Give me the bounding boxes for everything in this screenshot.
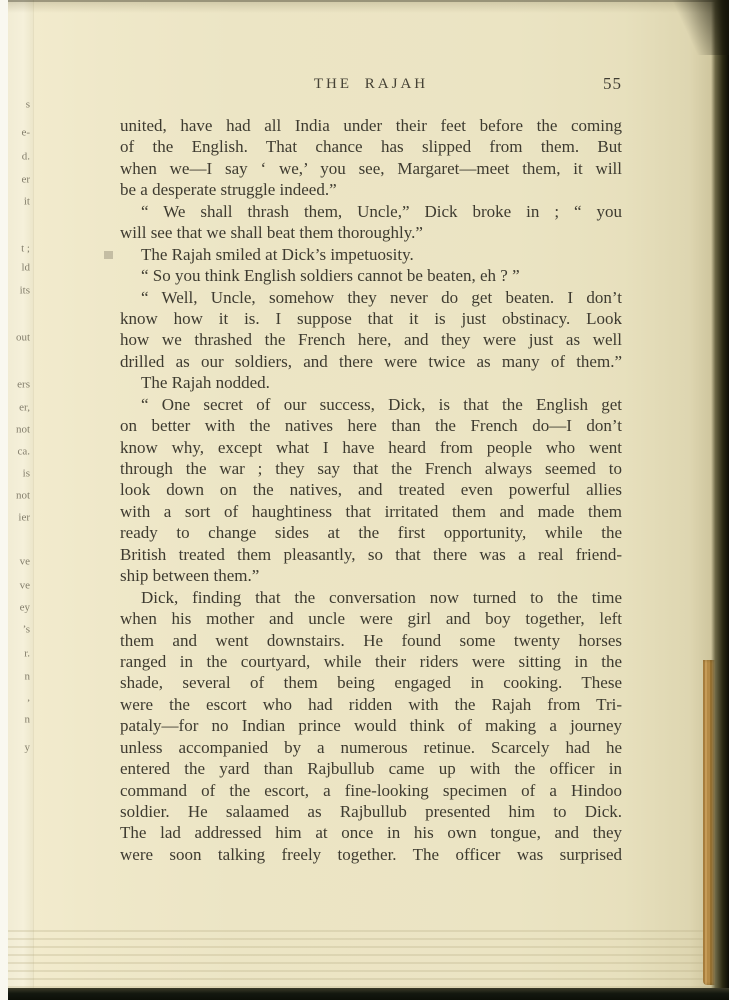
top-right-corner-shadow [659, 0, 729, 55]
edge-text-fragment: ier [18, 513, 30, 524]
text-line: pataly—for no Indian prince would think … [120, 715, 622, 736]
edge-text-fragment: ca. [17, 447, 30, 458]
bottom-scan-edge [8, 988, 729, 1000]
edge-text-fragment: is [23, 469, 30, 480]
text-line: soldier. He salaamed as Rajbullub presen… [120, 801, 622, 822]
edge-text-fragment: ld [21, 263, 30, 274]
edge-text-fragment: ve [20, 557, 30, 568]
text-line: know how it is. I suppose that it is jus… [120, 308, 622, 329]
edge-text-fragment: r. [24, 649, 30, 660]
text-line: drilled as our soldiers, and there were … [120, 351, 622, 372]
edge-text-fragment: er [21, 175, 30, 186]
edge-text-fragment: n [25, 715, 31, 726]
text-line: were the escort who had ridden with the … [120, 694, 622, 715]
text-line: shade, several of them being engaged in … [120, 672, 622, 693]
body-text: united, have had all India under their f… [120, 115, 622, 865]
text-line: of the English. That chance has slipped … [120, 136, 622, 157]
text-line: know why, except what I have heard from … [120, 437, 622, 458]
text-line: The Rajah nodded. [120, 372, 622, 393]
text-line: how we thrashed the French here, and the… [120, 329, 622, 350]
text-line: with a sort of haughtiness that irritate… [120, 501, 622, 522]
text-line: ranged in the courtyard, while their rid… [120, 651, 622, 672]
edge-text-fragment: n [25, 672, 31, 683]
text-line: when we—I say ‘ we,’ you see, Margaret—m… [120, 158, 622, 179]
text-line: on better with the natives here than the… [120, 415, 622, 436]
text-line: command of the escort, a fine-looking sp… [120, 780, 622, 801]
page-top-shading [8, 2, 719, 13]
edge-text-fragment: s [26, 100, 30, 111]
scanned-book-page: se-d.eritt ;lditsouterser,notca.isnotier… [0, 0, 729, 1000]
text-line: The lad addressed him at once in his own… [120, 822, 622, 843]
edge-text-fragment: d. [22, 152, 30, 163]
edge-text-fragment: it [24, 197, 30, 208]
edge-text-fragment: , [27, 693, 30, 704]
edge-text-fragment: not [16, 425, 30, 436]
text-line: “ Well, Uncle, somehow they never do get… [120, 287, 622, 308]
text-line: when his mother and uncle were girl and … [120, 608, 622, 629]
facing-page-edge: se-d.eritt ;lditsouterser,notca.isnotier… [8, 0, 34, 1000]
bottom-page-edges [8, 930, 713, 988]
page-number: 55 [603, 74, 622, 94]
scan-background-sliver [0, 0, 8, 1000]
text-line: “ We shall thrash them, Uncle,” Dick bro… [120, 201, 622, 222]
text-line: were soon talking freely together. The o… [120, 844, 622, 865]
printing-artifact [104, 251, 113, 259]
text-line: British treated them pleasantly, so that… [120, 544, 622, 565]
text-line: The Rajah smiled at Dick’s impetuosity. [120, 244, 622, 265]
text-line: “ One secret of our success, Dick, is th… [120, 394, 622, 415]
text-line: entered the yard than Rajbullub came up … [120, 758, 622, 779]
text-line: ready to change sides at the first oppor… [120, 522, 622, 543]
text-line: unless accompanied by a numerous retinue… [120, 737, 622, 758]
text-line: “ So you think English soldiers cannot b… [120, 265, 622, 286]
edge-text-fragment: ey [20, 603, 30, 614]
edge-text-fragment: ’s [23, 625, 30, 636]
edge-text-fragment: its [20, 286, 30, 297]
text-line: through the war ; they say that the Fren… [120, 458, 622, 479]
text-line: Dick, finding that the conversation now … [120, 587, 622, 608]
right-scan-edge [711, 0, 729, 1000]
text-line: them and went downstairs. He found some … [120, 630, 622, 651]
running-header-title: THE RAJAH [120, 76, 622, 93]
edge-text-fragment: e- [21, 128, 30, 139]
edge-text-fragment: not [16, 491, 30, 502]
text-line: be a desperate struggle indeed.” [120, 179, 622, 200]
running-header: THE RAJAH 55 [120, 76, 622, 96]
text-line: united, have had all India under their f… [120, 115, 622, 136]
text-line: will see that we shall beat them thoroug… [120, 222, 622, 243]
edge-text-fragment: y [25, 743, 31, 754]
edge-text-fragment: er, [19, 403, 30, 414]
edge-text-fragment: out [16, 333, 30, 344]
text-line: look down on the natives, and treated ev… [120, 479, 622, 500]
edge-text-fragment: ers [17, 380, 30, 391]
edge-text-fragment: t ; [21, 244, 30, 255]
edge-text-fragment: ve [20, 581, 30, 592]
text-line: ship between them.” [120, 565, 622, 586]
